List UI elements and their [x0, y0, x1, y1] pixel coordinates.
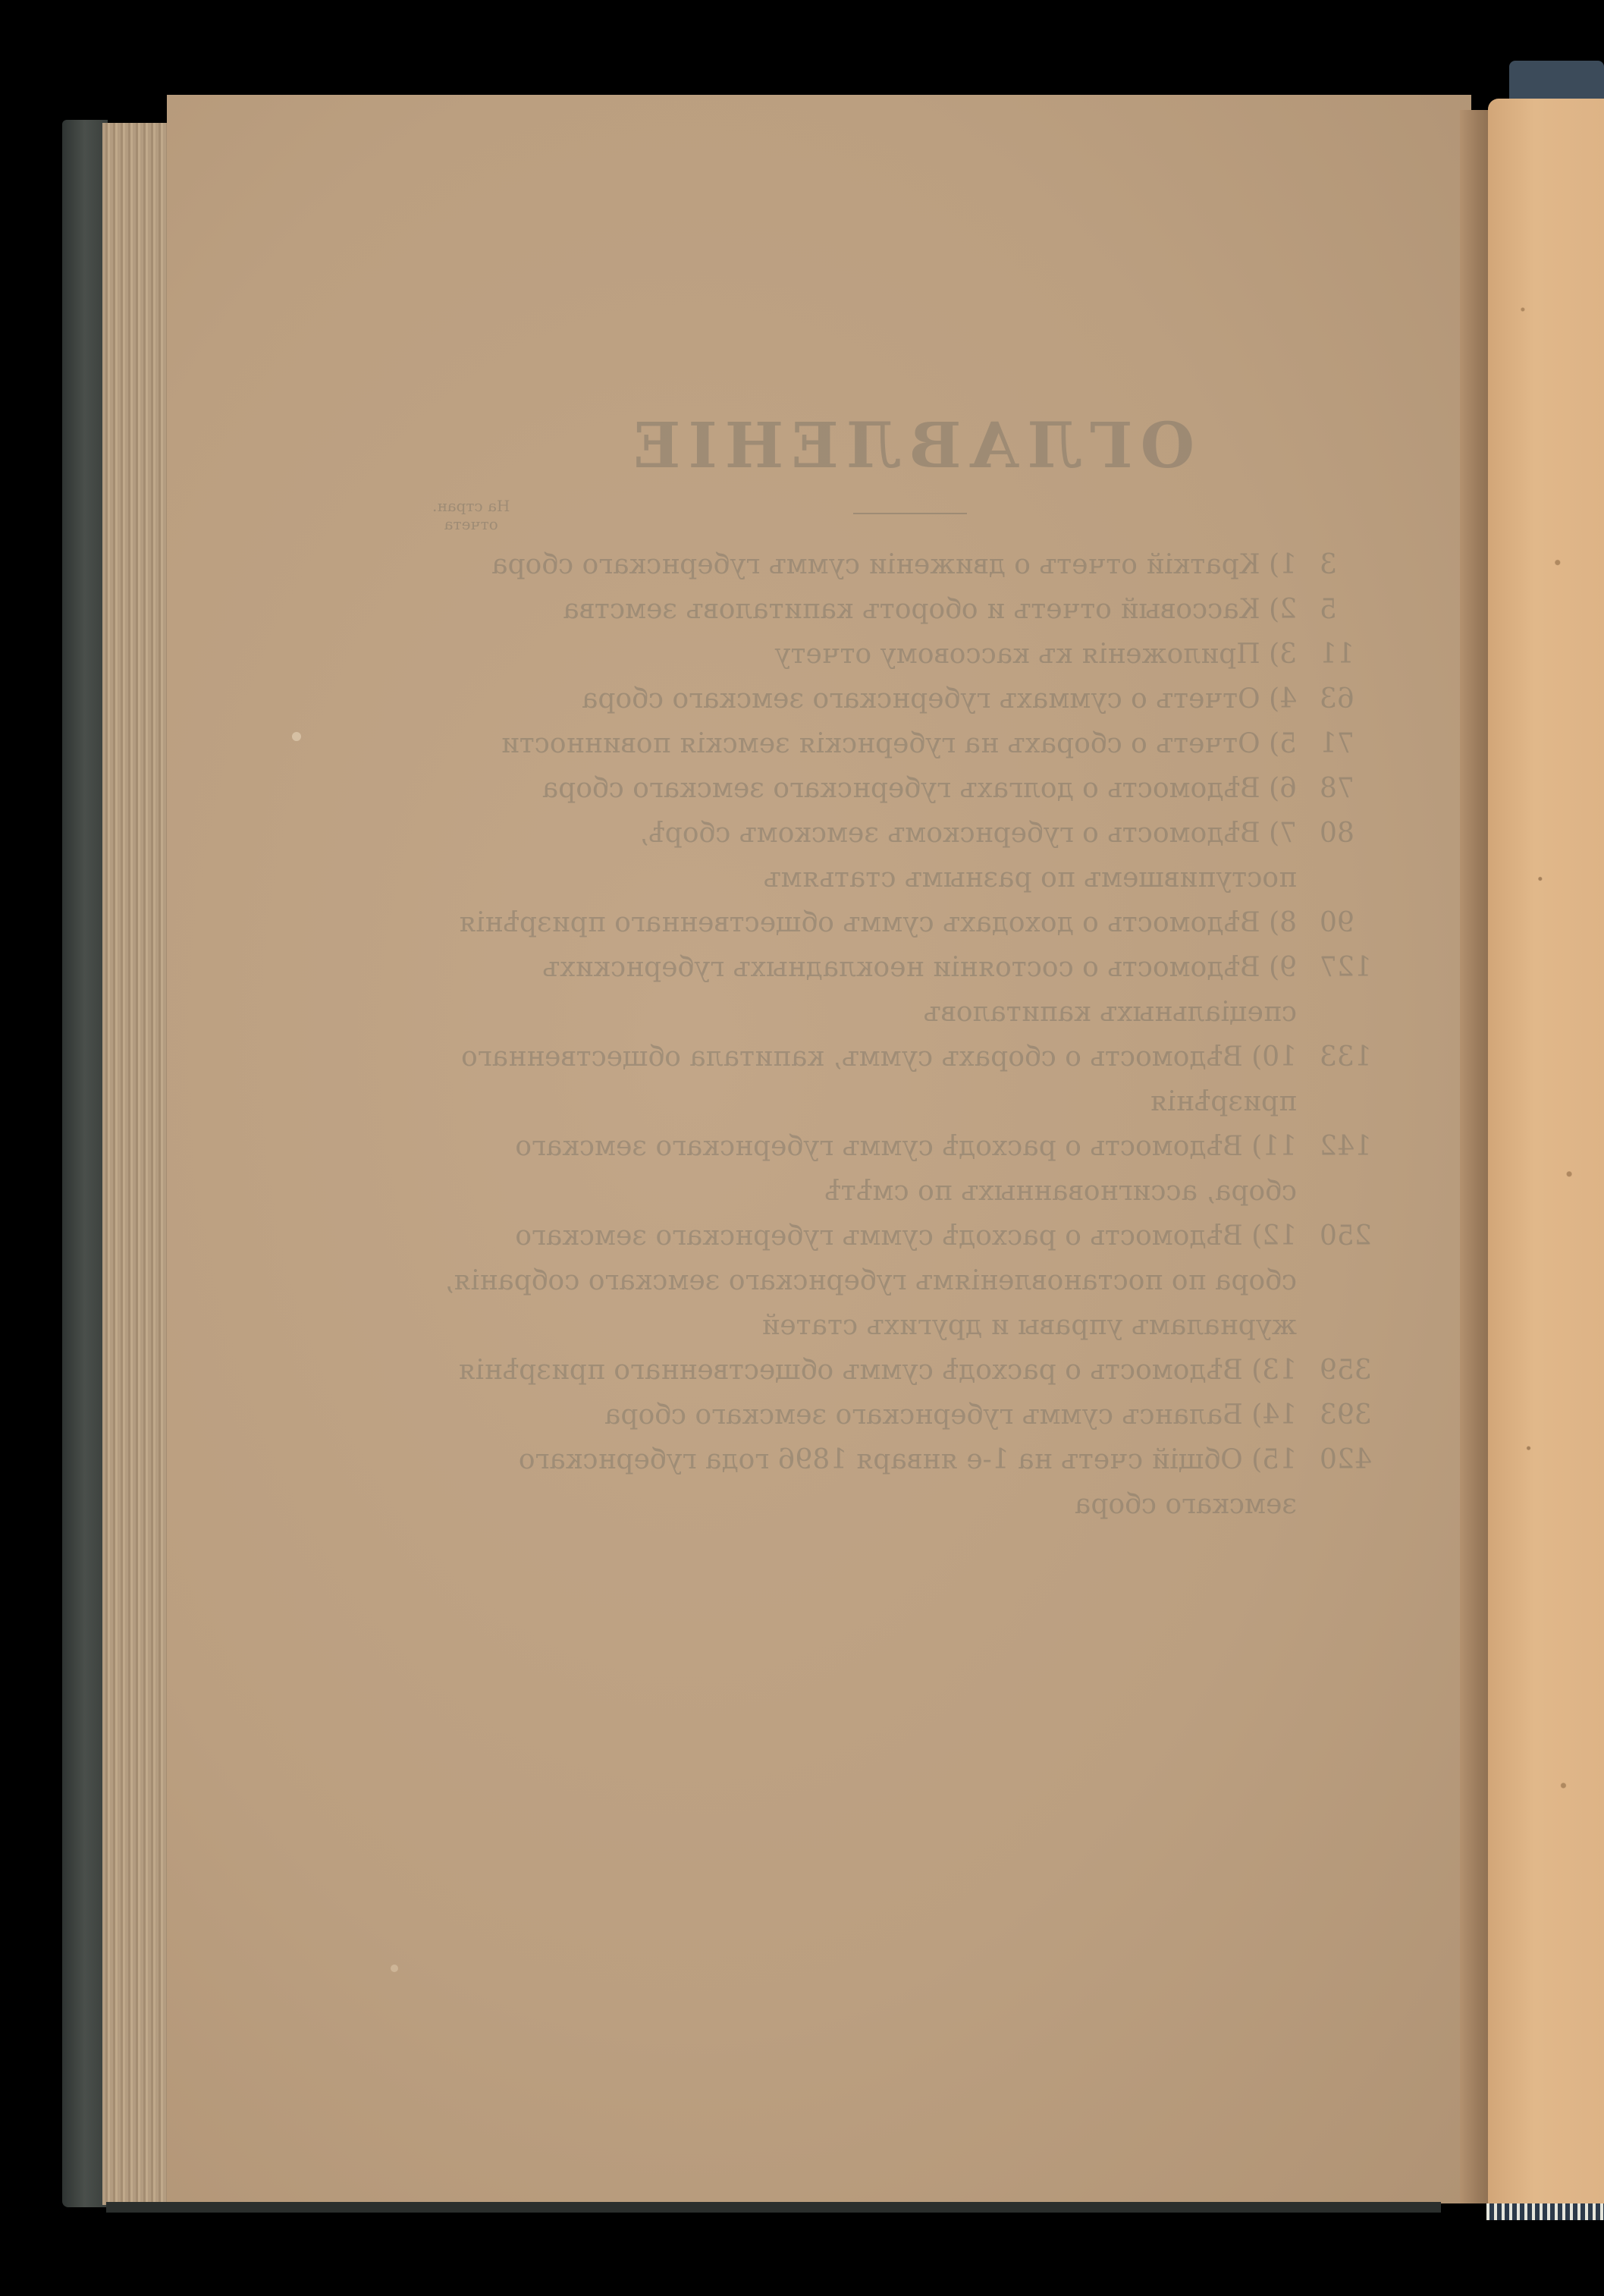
toc-entry: 25012) Вѣдомость о расходѣ суммъ губернс… [410, 1214, 1411, 1348]
toc-entry: 786) Вѣдомость о долгахъ губернскаго зем… [410, 766, 1411, 811]
page-block-edges [102, 123, 171, 2205]
book-cover-left [62, 120, 108, 2207]
foxing-spots [1488, 99, 1604, 2207]
toc-entry-page: 127 [1304, 945, 1411, 1035]
toc-entry-page: 90 [1304, 900, 1411, 945]
toc-entry: 14211) Вѣдомость о расходѣ суммъ губернс… [410, 1124, 1411, 1214]
toc-entry-text: 10) Вѣдомость о сборахъ суммъ, капитала … [410, 1035, 1304, 1124]
toc-entry-page: 359 [1304, 1348, 1411, 1393]
toc-entry-text: 2) Кассовый отчетъ и оборотъ капиталовъ … [410, 587, 1304, 632]
toc-entry-page: 63 [1304, 677, 1411, 721]
toc-entry: 715) Отчетъ о сборахъ на губернскія земс… [410, 721, 1411, 766]
toc-entry-page: 71 [1304, 721, 1411, 766]
toc-entry-text: 12) Вѣдомость о расходѣ суммъ губернскаг… [410, 1214, 1304, 1348]
binding-stitches [1486, 2203, 1604, 2220]
toc-entry: 908) Вѣдомость о доходахъ суммъ обществе… [410, 900, 1411, 945]
end-rule [853, 513, 967, 514]
toc-entry: 39314) Балансъ суммъ губернскаго земскаг… [410, 1393, 1411, 1437]
toc-entry-text: 11) Вѣдомость о расходѣ суммъ губернскаг… [410, 1124, 1304, 1214]
toc-entry-text: 7) Вѣдомость о губернскомъ земскомъ сбор… [410, 811, 1304, 900]
toc-entry: 52) Кассовый отчетъ и оборотъ капиталовъ… [410, 587, 1411, 632]
toc-entry: 35913) Вѣдомость о расходѣ суммъ обществ… [410, 1348, 1411, 1393]
toc-entry-page: 78 [1304, 766, 1411, 811]
toc-entry-page: 393 [1304, 1393, 1411, 1437]
toc-entry-text: 3) Приложенія къ кассовому отчету [410, 632, 1304, 677]
toc-entry-page: 133 [1304, 1035, 1411, 1124]
toc-entry-text: 13) Вѣдомость о расходѣ суммъ общественн… [410, 1348, 1304, 1393]
column-header-line: На стран. [432, 497, 510, 515]
toc-entries: 31) Краткій отчетъ о движеніи суммъ губе… [410, 542, 1411, 1527]
page-column-header: На стран. отчета [432, 497, 510, 533]
toc-entry-page: 80 [1304, 811, 1411, 900]
toc-entry-text: 5) Отчетъ о сборахъ на губернскія земскі… [410, 721, 1304, 766]
toc-entry-text: 6) Вѣдомость о долгахъ губернскаго земск… [410, 766, 1304, 811]
gutter-shadow [1460, 110, 1490, 2203]
toc-entry-text: 8) Вѣдомость о доходахъ суммъ общественн… [410, 900, 1304, 945]
toc-entry: 1279) Вѣдомость о состояніи неокладныхъ … [410, 945, 1411, 1035]
bottom-board [106, 2202, 1441, 2213]
toc-entry: 13310) Вѣдомость о сборахъ суммъ, капита… [410, 1035, 1411, 1124]
toc-entry: 807) Вѣдомость о губернскомъ земскомъ сб… [410, 811, 1411, 900]
right-page-edge [1488, 99, 1604, 2207]
toc-entry-page: 3 [1304, 542, 1411, 587]
toc-entry-text: 14) Балансъ суммъ губернскаго земскаго с… [410, 1393, 1304, 1437]
toc-entry: 31) Краткій отчетъ о движеніи суммъ губе… [410, 542, 1411, 587]
toc-entry-page: 11 [1304, 632, 1411, 677]
toc-title: ОГЛАВЛЕНІЕ [410, 410, 1411, 482]
toc-entry-page: 250 [1304, 1214, 1411, 1348]
paper-speck [391, 1965, 398, 1972]
toc-entry-page: 142 [1304, 1124, 1411, 1214]
toc-entry-page: 5 [1304, 587, 1411, 632]
toc-entry-text: 15) Общій счетъ на 1-е января 1896 года … [410, 1437, 1304, 1527]
paper-speck [292, 732, 301, 741]
toc-entry-text: 9) Вѣдомость о состояніи неокладныхъ губ… [410, 945, 1304, 1035]
toc-entry-page: 420 [1304, 1437, 1411, 1527]
toc-entry: 42015) Общій счетъ на 1-е января 1896 го… [410, 1437, 1411, 1527]
toc-entry: 113) Приложенія къ кассовому отчету [410, 632, 1411, 677]
bleed-through-toc: ОГЛАВЛЕНІЕ На стран. отчета 31) Краткій … [410, 410, 1411, 2002]
column-header-line: отчета [432, 515, 510, 533]
toc-entry-text: 1) Краткій отчетъ о движеніи суммъ губер… [410, 542, 1304, 587]
toc-entry-text: 4) Отчетъ о суммахъ губернскаго земскаго… [410, 677, 1304, 721]
toc-entry: 634) Отчетъ о суммахъ губернскаго земска… [410, 677, 1411, 721]
